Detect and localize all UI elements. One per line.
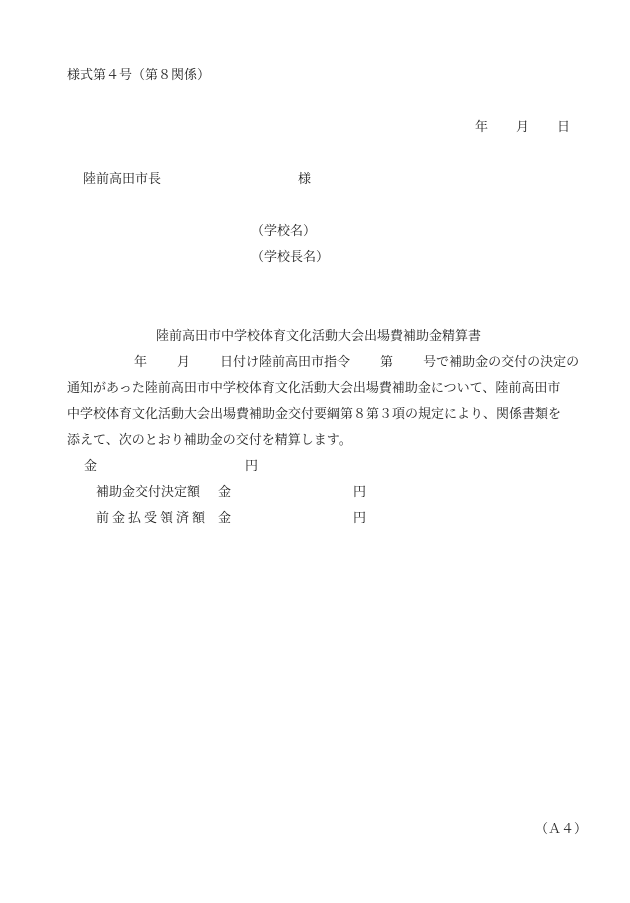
decided-amount-prefix: 金 <box>218 485 231 501</box>
document-title: 陸前高田市中学校体育文化活動大会出場費補助金精算書 <box>156 329 481 345</box>
addressee-name: 陸前高田市長 <box>83 172 161 188</box>
body-line-1: 年月日付け陸前高田市指令第号で補助金の交付の決定の <box>134 355 579 371</box>
date-month: 月 <box>516 120 529 136</box>
decided-amount-label: 補助金交付決定額 <box>96 485 200 501</box>
ref-year: 年 <box>134 355 147 370</box>
paper-size-note: （Ａ４） <box>535 822 587 838</box>
advance-amount-label: 前金払受領済額 <box>96 511 208 527</box>
date-day: 日 <box>557 120 570 136</box>
advance-amount-prefix: 金 <box>218 511 231 527</box>
body-line-4: 添えて、次のとおり補助金の交付を精算します。 <box>67 433 352 449</box>
addressee-honorific: 様 <box>298 172 311 188</box>
advance-amount-unit: 円 <box>353 511 366 527</box>
ref-text: 日付け陸前高田市指令 <box>220 355 350 370</box>
body-line-3: 中学校体育文化活動大会出場費補助金交付要綱第８第３項の規定により、関係書類を <box>67 407 561 423</box>
principal-name-label: （学校長名） <box>251 250 329 266</box>
ref-dai: 第 <box>380 355 393 370</box>
date-year: 年 <box>475 120 488 136</box>
total-amount-unit: 円 <box>245 459 258 475</box>
total-amount-prefix: 金 <box>84 459 97 475</box>
decided-amount-unit: 円 <box>353 485 366 501</box>
body-line-2: 通知があった陸前高田市中学校体育文化活動大会出場費補助金について、陸前高田市 <box>67 381 560 397</box>
ref-month: 月 <box>177 355 190 370</box>
school-name-label: （学校名） <box>251 224 316 240</box>
form-number: 様式第４号（第８関係） <box>67 68 210 84</box>
ref-text-2: 号で補助金の交付の決定の <box>423 355 579 370</box>
